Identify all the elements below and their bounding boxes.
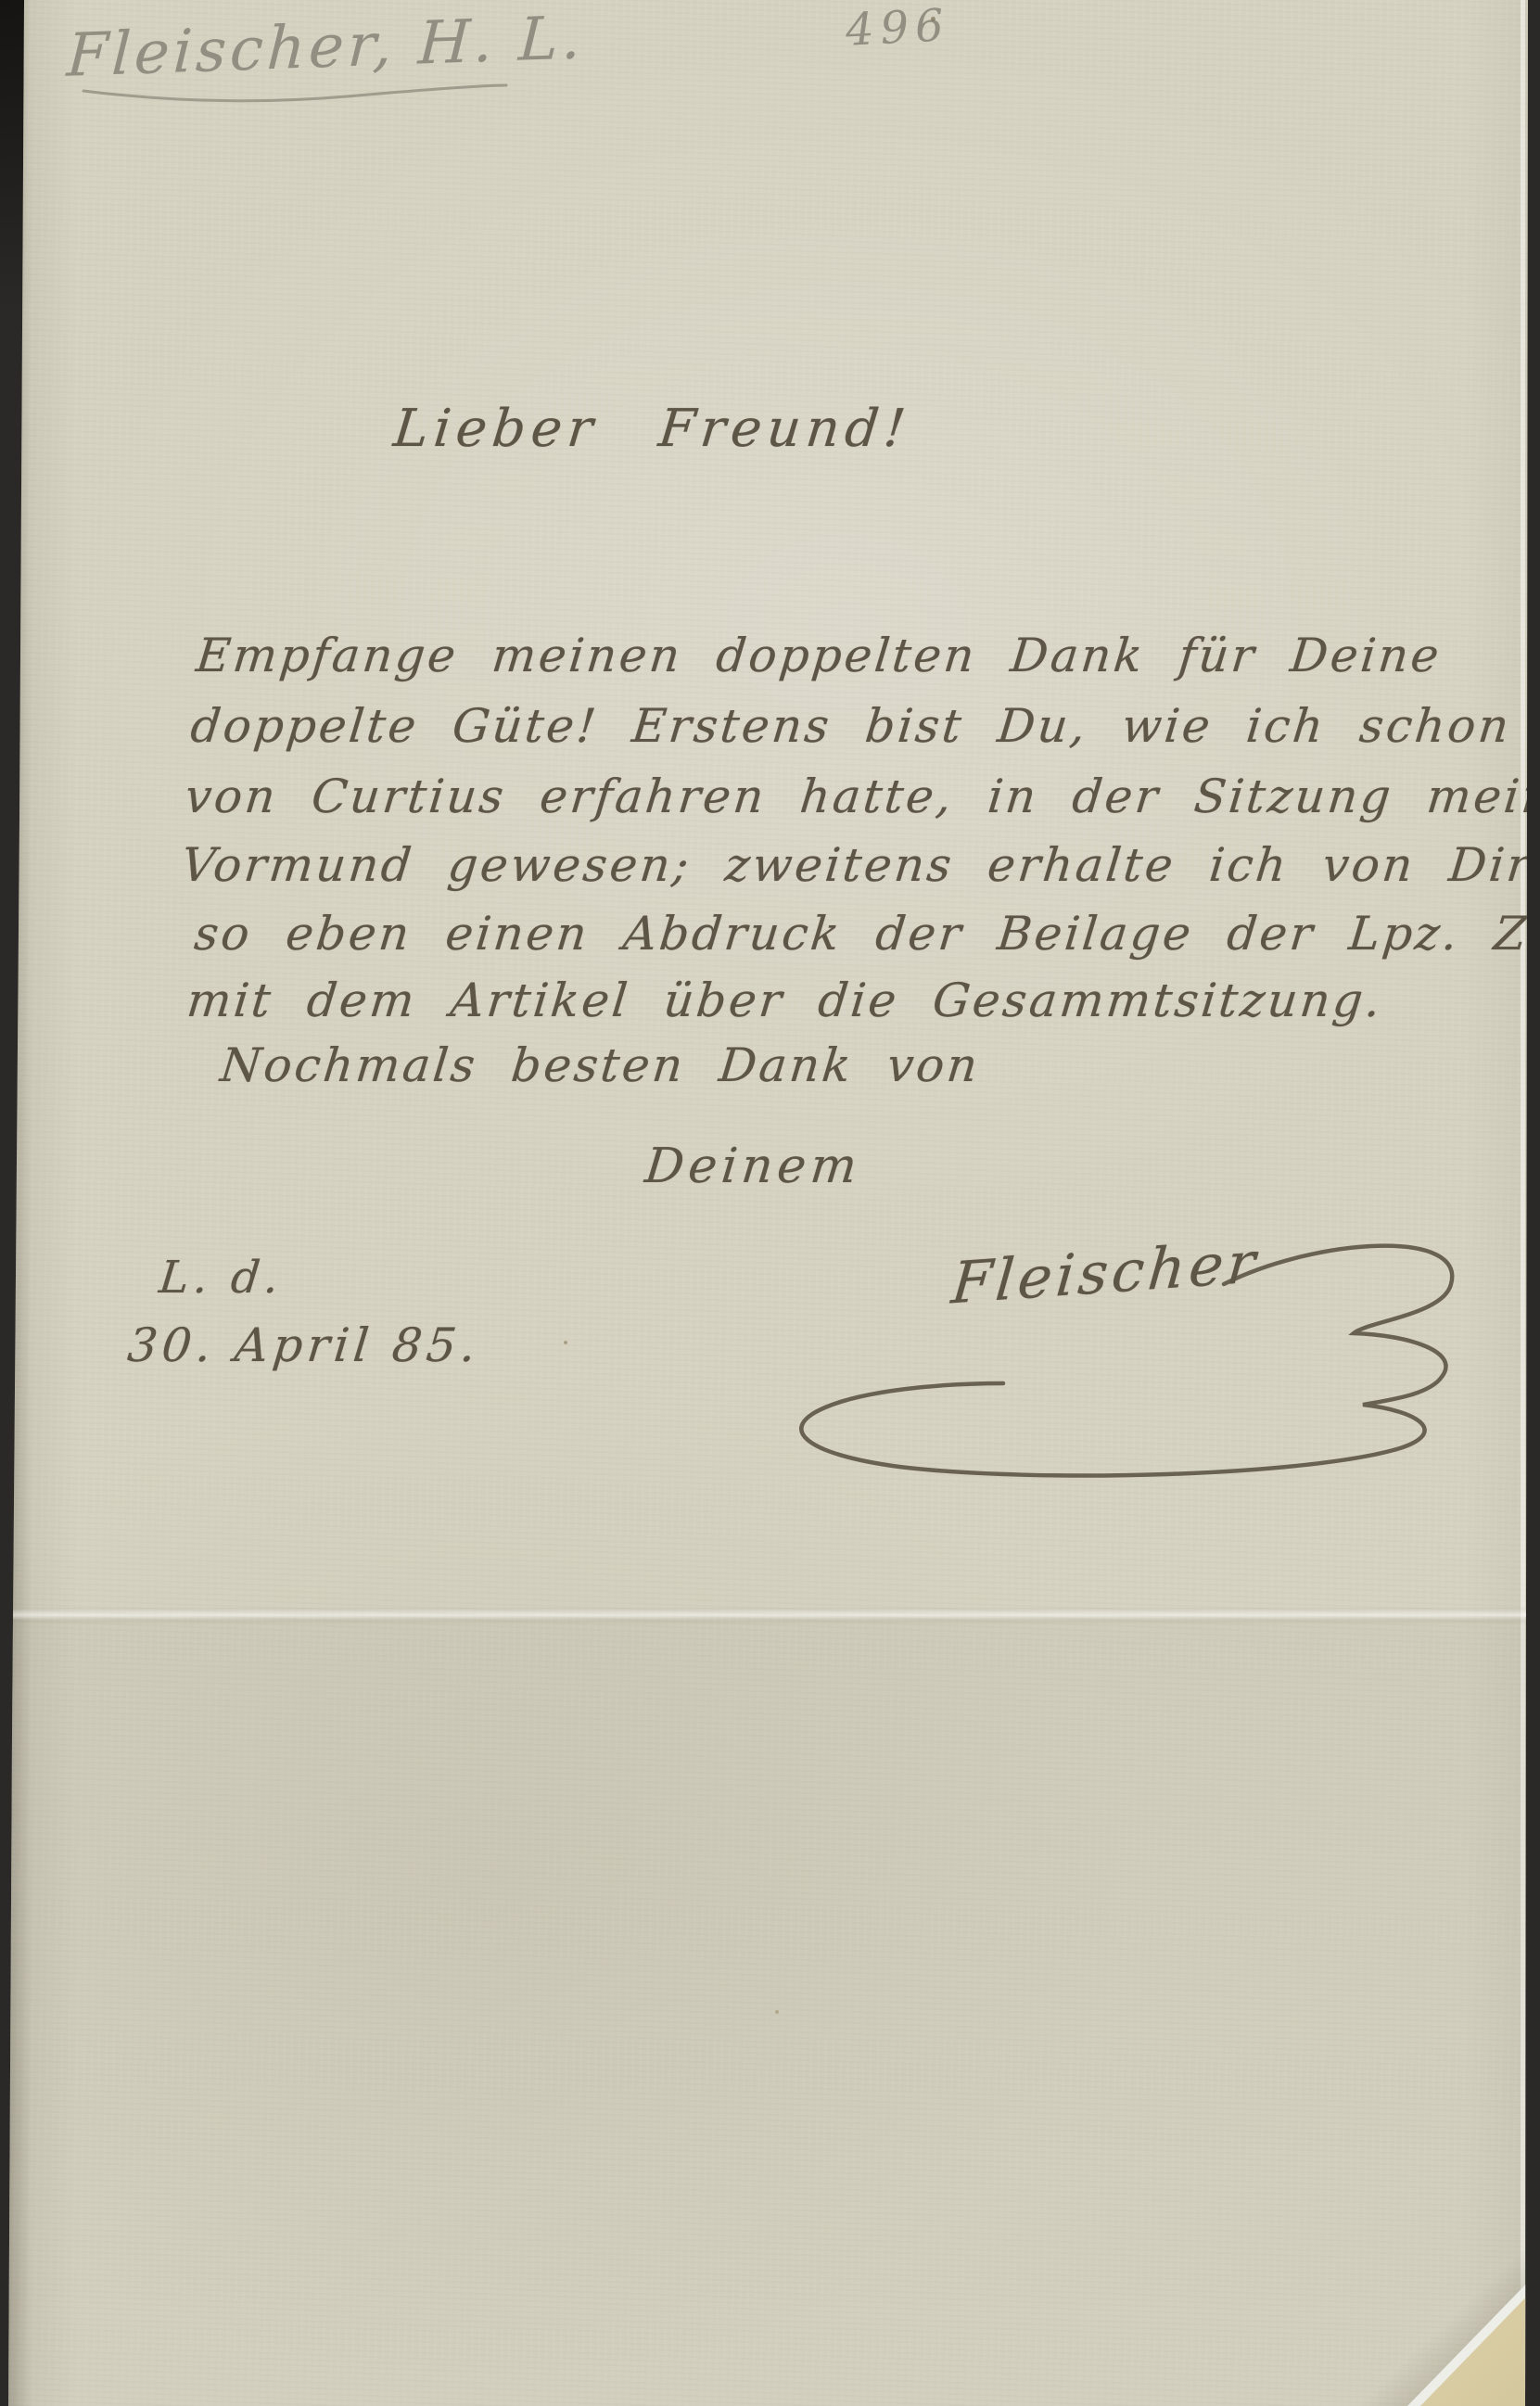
scan-background: Fleischer, H. L. 496 Lieber Freund! Empf… <box>0 0 1540 2406</box>
pencil-underline-stroke <box>78 82 514 108</box>
closing-line: Nochmals besten Dank von <box>218 1038 983 1092</box>
body-line-1: Empfange meinen doppelten Dank für Deine <box>194 629 1445 682</box>
body-line-4: Vormund gewesen; zweitens erhalte ich vo… <box>179 838 1534 892</box>
valediction: Deinem <box>643 1139 864 1194</box>
salutation: Lieber Freund! <box>391 399 914 459</box>
place-abbreviation: L. d. <box>157 1252 286 1304</box>
lower-half-shade <box>0 1621 1540 2406</box>
paper-speck <box>564 1341 567 1344</box>
signature-flourish <box>760 1205 1521 1483</box>
body-line-6: mit dem Artikel über die Gesammtsitzung. <box>185 974 1386 1027</box>
archival-page-number: 496 <box>845 0 951 57</box>
body-line-5: so eben einen Abdruck der Beilage der Lp… <box>192 907 1540 961</box>
body-line-2: doppelte Güte! Erstens bist Du, wie ich … <box>188 699 1514 753</box>
date-line: 30. April 85. <box>125 1318 483 1372</box>
letter-page: Fleischer, H. L. 496 Lieber Freund! Empf… <box>0 0 1540 2406</box>
paper-speck <box>931 17 935 21</box>
paper-speck <box>775 2010 779 2014</box>
body-line-3: von Curtius erfahren hatte, in der Sitzu… <box>183 770 1540 823</box>
